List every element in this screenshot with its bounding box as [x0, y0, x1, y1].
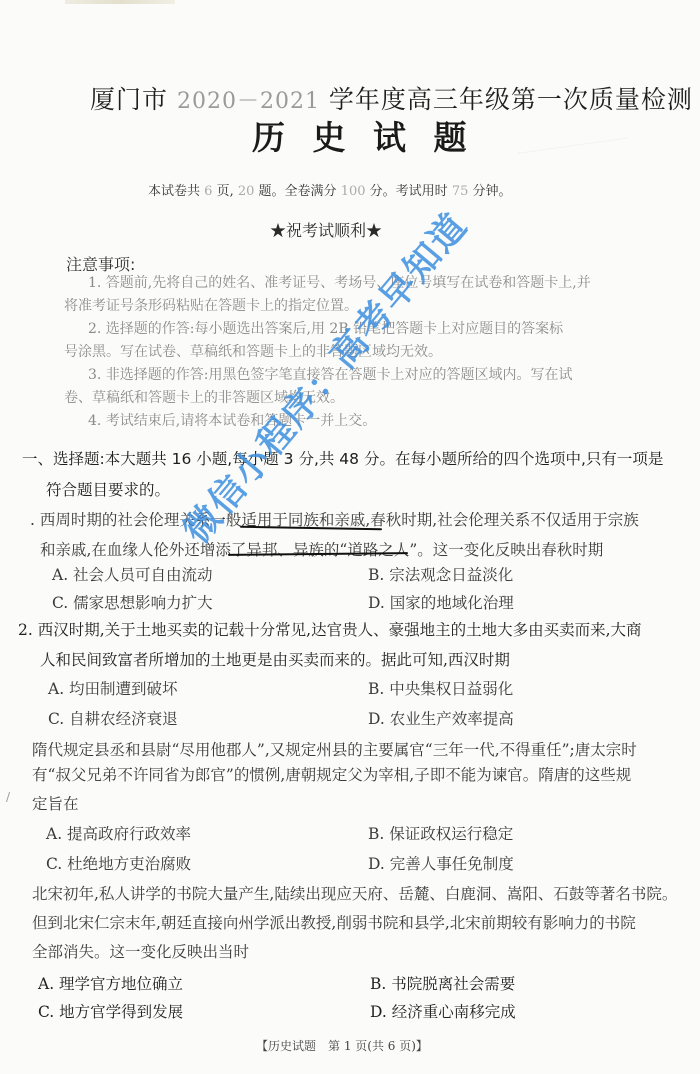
info-questions-unit: 题。全卷满分 [259, 184, 337, 199]
info-questions: 20 [238, 184, 255, 199]
question-1-option-a: A. 社会人员可自由流动 [52, 563, 213, 585]
info-minutes: 75 [452, 184, 469, 199]
info-full-score: 100 [341, 184, 366, 199]
section-heading-cont: 符合题目要求的。 [46, 478, 170, 500]
question-2-option-d: D. 农业生产效率提高 [368, 707, 514, 729]
question-1-option-b: B. 宗法观念日益淡化 [368, 563, 513, 585]
question-4-stem: 北宋初年,私人讲学的书院大量产生,陆续出现应天府、岳麓、白鹿洞、嵩阳、石鼓等著名… [32, 882, 677, 904]
notice-line: 2. 选择题的作答:每小题选出答案后,用 2B 铅笔把答题卡上对应题目的答案标 [88, 318, 563, 338]
info-prefix: 本试卷共 [148, 184, 200, 199]
notice-line: 卷、草稿纸和答题卡上的非答题区域均无效。 [64, 387, 344, 407]
exam-title: 厦门市 2020－2021 学年度高三年级第一次质量检测 [90, 80, 693, 116]
question-2-option-c: C. 自耕农经济衰退 [48, 707, 178, 729]
question-4-stem: 但到北宋仁宗末年,朝廷直接向州学派出教授,削弱书院和县学,北宋前期较有影响力的书… [32, 911, 636, 933]
section-heading: 一、选择题:本大题共 16 小题,每小题 3 分,共 48 分。在每小题所给的四… [22, 447, 663, 469]
question-4-option-a: A. 理学官方地位确立 [38, 972, 183, 994]
question-3-option-c: C. 杜绝地方吏治腐败 [46, 852, 191, 874]
question-3-stem: 定旨在 [32, 792, 79, 814]
info-pages: 6 [204, 184, 212, 199]
question-3-option-a: A. 提高政府行政效率 [46, 822, 191, 844]
faint-stamp [518, 138, 632, 189]
notice-line: 4. 考试结束后,请将本试卷和答题卡一并上交。 [88, 410, 376, 430]
notice-line: 将准考证号条形码粘贴在答题卡上的指定位置。 [64, 295, 358, 315]
question-1-option-c: C. 儒家思想影响力扩大 [52, 591, 213, 613]
question-4-option-b: B. 书院脱离社会需要 [370, 972, 515, 994]
question-2-stem: 2. 西汉时期,关于土地买卖的记载十分常见,达官贵人、豪强地主的土地大多由买卖而… [18, 618, 642, 640]
info-minutes-unit: 分钟。 [473, 184, 512, 199]
year-range: 2020－2021 [177, 89, 320, 114]
subject-title: 历 史 试 题 [252, 112, 474, 159]
good-luck-banner: ★祝考试顺利★ [270, 218, 382, 241]
question-3-stem: 隋代规定县丞和县尉“尽用他郡人”,又规定州县的主要属官“三年一代,不得重任”;唐… [32, 738, 637, 760]
margin-mark: / [6, 790, 10, 804]
notice-line: 1. 答题前,先将自己的姓名、准考证号、考场号、座位号填写在试卷和答题卡上,并 [88, 272, 591, 292]
info-score-unit: 分。考试用时 [370, 184, 448, 199]
question-4-stem: 全部消失。这一变化反映出当时 [32, 940, 249, 962]
notice-line: 3. 非选择题的作答:用黑色签字笔直接答在答题卡上对应的答题区域内。写在试 [88, 364, 573, 384]
question-3-option-b: B. 保证政权运行稳定 [368, 822, 513, 844]
question-4-option-d: D. 经济重心南移完成 [370, 1000, 516, 1022]
torn-edge-scrap [65, 0, 175, 4]
info-pages-unit: 页, [217, 184, 234, 199]
notice-line: 号涂黑。写在试卷、草稿纸和答题卡上的非答题区域均无效。 [64, 341, 442, 361]
question-2-stem: 人和民间致富者所增加的土地更是由买卖而来的。据此可知,西汉时期 [40, 648, 510, 670]
question-2-option-a: A. 均田制遭到破坏 [48, 677, 178, 699]
question-4-option-c: C. 地方官学得到发展 [38, 1000, 183, 1022]
question-1-option-d: D. 国家的地域化治理 [368, 591, 514, 613]
exam-info: 本试卷共 6 页, 20 题。全卷满分 100 分。考试用时 75 分钟。 [148, 180, 512, 199]
exam-page: 厦门市 2020－2021 学年度高三年级第一次质量检测 历 史 试 题 本试卷… [0, 0, 700, 1074]
page-footer: 【历史试题 第 1 页(共 6 页)】 [256, 1037, 428, 1054]
question-1-stem: 和亲戚,在血缘人伦外还增添了异邦、异族的“道路之人”。这一变化反映出春秋时期 [40, 538, 603, 560]
exam-name: 学年度高三年级第一次质量检测 [329, 85, 693, 114]
question-3-option-d: D. 完善人事任免制度 [368, 852, 514, 874]
question-3-stem: 有“叔父兄弟不许同省为郎官”的惯例,唐朝规定父为宰相,子即不能为谏官。隋唐的这些… [32, 763, 631, 785]
city: 厦门市 [90, 85, 168, 114]
question-2-option-b: B. 中央集权日益弱化 [368, 677, 513, 699]
